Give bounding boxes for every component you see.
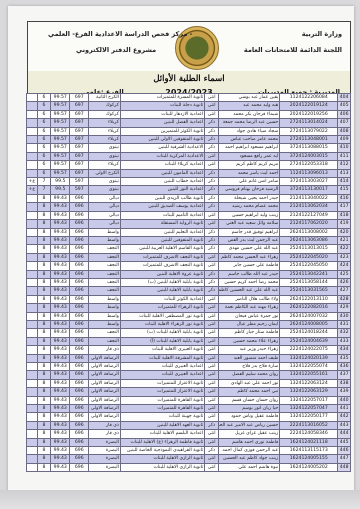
total-cell: 697 xyxy=(70,136,89,144)
gender-cell: انثى xyxy=(205,253,219,261)
total-cell: 697 xyxy=(70,102,89,110)
school-cell: اعدادية التأميم للبنات xyxy=(120,211,204,219)
exam-number-cell: 2624124008005 xyxy=(280,320,338,328)
exam-number-cell: 1624124005155 xyxy=(280,455,338,463)
directorate-cell: الرصافة الاولى xyxy=(89,396,121,404)
total-cell: 696 xyxy=(70,371,89,379)
total-cell: 696 xyxy=(70,363,89,371)
note-cell xyxy=(27,287,38,295)
student-name-cell: فاطمة نوري احمد هاشم xyxy=(219,438,280,446)
directorate-cell: النجف xyxy=(89,278,121,286)
average-cell: 99.43 xyxy=(51,211,70,219)
total-cell: 696 xyxy=(70,304,89,312)
average-cell: 99.43 xyxy=(51,203,70,211)
sequence-cell: 411 xyxy=(338,152,351,160)
table-row: 699.57697كربلاءاعدادية الفضل للبنينذكرحس… xyxy=(27,119,351,127)
total-cell: 696 xyxy=(70,430,89,438)
table-row: 899.43696الرصافة الاولىاعدادية العبيري ل… xyxy=(27,363,351,371)
gender-cell: ذكر xyxy=(205,245,219,253)
total-cell: 597 xyxy=(70,186,89,194)
rank-cell: 8 xyxy=(37,236,51,244)
gender-cell: انثى xyxy=(205,371,219,379)
rank-cell: 8 xyxy=(37,194,51,202)
note-cell xyxy=(27,421,38,429)
student-name-cell: سلامه وائل سعيد عبد الغني xyxy=(219,220,280,228)
school-cell: اعدادية البلسم الاهلية للبنات xyxy=(120,430,204,438)
gender-cell: انثى xyxy=(205,379,219,387)
rank-cell: 8 xyxy=(37,270,51,278)
sequence-cell: 441 xyxy=(338,405,351,413)
sequence-cell: 421 xyxy=(338,236,351,244)
school-cell: ثانوية طالب الزيدي للبنين xyxy=(120,194,204,202)
ministry-name: وزارة التربية xyxy=(302,30,342,38)
average-cell: 99.43 xyxy=(51,287,70,295)
table-row: 899.43696ديالىثانوية طالب الزيدي للبنينذ… xyxy=(27,194,351,202)
average-cell: 99.43 xyxy=(51,329,70,337)
total-cell: 696 xyxy=(70,438,89,446)
gender-cell: ذكر xyxy=(205,447,219,455)
sequence-cell: 448 xyxy=(338,463,351,471)
directorate-cell: البصرة xyxy=(89,455,121,463)
school-cell: ثانوية القاهرة للمتميزات xyxy=(120,405,204,413)
average-cell: 99.43 xyxy=(51,371,70,379)
directorate-cell: الرصافة الاولى xyxy=(89,388,121,396)
directorate-cell: ذي قار xyxy=(89,430,121,438)
exam-number-cell: 2024122019256 xyxy=(280,110,338,118)
note-cell xyxy=(27,245,38,253)
table-row: 899.43696واسطاعدادية التعليم للبنينذكراب… xyxy=(27,228,351,236)
document-page: وزارة التربية اللجنة الدائمة للامتحانات … xyxy=(8,6,354,498)
note-cell xyxy=(27,220,38,228)
note-cell xyxy=(27,329,38,337)
note-cell xyxy=(27,270,38,278)
rank-cell: 6 xyxy=(37,127,51,135)
rank-cell: 8 xyxy=(37,287,51,295)
exam-number-cell: 2524122045050 xyxy=(280,262,338,270)
rank-cell: 8 xyxy=(37,405,51,413)
school-cell: ثانوية القاهرة للمتميزات xyxy=(120,396,204,404)
exam-number-cell: 1324122055161 xyxy=(280,371,338,379)
school-cell: ثانوية الرازي الاهلية للبنات xyxy=(120,455,204,463)
rank-cell: 8 xyxy=(37,228,51,236)
sequence-cell: 404 xyxy=(338,94,351,102)
school-cell: اعدادية التعليم للبنين xyxy=(120,228,204,236)
total-cell: 696 xyxy=(70,463,89,471)
average-cell: 99.43 xyxy=(51,396,70,404)
exam-number-cell: 3724113130017 xyxy=(280,186,338,194)
student-name-cell: فاطمة ستار جبار كاظم xyxy=(219,329,280,337)
school-cell: ثانوية المسرة للمتميزات xyxy=(120,94,204,102)
school-cell: ثانوية المتفوقين للبنين xyxy=(120,236,204,244)
note-cell xyxy=(27,337,38,345)
school-cell: اعدادية يوسف الصديق للبنين xyxy=(120,203,204,211)
sequence-cell: 410 xyxy=(338,144,351,152)
total-cell: 696 xyxy=(70,396,89,404)
student-name-cell: حيا ريان انور بوسم xyxy=(219,405,280,413)
rank-cell: 8 xyxy=(37,337,51,345)
exam-number-cell: 2224124058346 xyxy=(280,430,338,438)
exam-number-cell: 2724113079022 xyxy=(280,127,338,135)
directorate-cell: كركوك xyxy=(89,102,121,110)
directorate-cell: كربلاء xyxy=(89,119,121,127)
table-row: 899.43696النجفثانوية النجف الاشرف للمتمي… xyxy=(27,262,351,270)
table-row: 899.43696الرصافة الاولىاعدادية العبيري ل… xyxy=(27,371,351,379)
note-cell xyxy=(27,119,38,127)
gender-cell: انثى xyxy=(205,363,219,371)
average-cell: 99.57 xyxy=(51,94,70,102)
school-cell: ثانوية نور الزهراء الاهلية للبنات xyxy=(120,320,204,328)
note-cell xyxy=(27,455,38,463)
gender-cell: انثى xyxy=(205,220,219,228)
note-cell xyxy=(27,236,38,244)
school-cell: ثانوية المتفوقين الاولى للبنين xyxy=(120,136,204,144)
total-cell: 697 xyxy=(70,127,89,135)
school-cell: ثانوية بابلية الاهلية للبنين xyxy=(120,287,204,295)
school-cell: الاعدادية الشرقية للبنين xyxy=(120,144,204,152)
average-cell: 99.43 xyxy=(51,320,70,328)
rank-cell: 8 xyxy=(37,354,51,362)
average-cell: 99.57 xyxy=(51,144,70,152)
rank-cell: 7 xyxy=(37,178,51,186)
table-row: 899.43696ديالىثانوية الرواية المستقلةانث… xyxy=(27,220,351,228)
sequence-cell: 414 xyxy=(338,178,351,186)
school-cell: ثانوية النجف الاشرف للمتميزات xyxy=(120,253,204,261)
directorate-cell: النجف xyxy=(89,262,121,270)
directorate-cell: نينوى xyxy=(89,186,121,194)
exam-number-cell: 2524122045020 xyxy=(280,253,338,261)
total-cell: 696 xyxy=(70,379,89,387)
directorate-cell: الكرخ الثانية xyxy=(89,94,121,102)
directorate-cell: الرصافة الاولى xyxy=(89,371,121,379)
school-cell: ثانوية عروة الاهلية للبنين xyxy=(120,270,204,278)
sequence-cell: 423 xyxy=(338,253,351,261)
table-row: 899.43696ديالىاعدادية يوسف الصديق للبنين… xyxy=(27,203,351,211)
note-cell xyxy=(27,405,38,413)
student-name-cell: سارة فلاح بدر فلاح xyxy=(219,363,280,371)
average-cell: 99.43 xyxy=(51,421,70,429)
table-row: 699.57697نينوىالاعدادية المركزية للبناتا… xyxy=(27,152,351,160)
note-cell xyxy=(27,169,38,177)
table-row: 899.43696الرصافة الاولىثانوية القاهرة لل… xyxy=(27,396,351,404)
student-name-cell: حسين عبد الرضا محمد جمعة xyxy=(219,119,280,127)
school-cell: ثانوية الفراهيدي النموذجية الخاصة للبنين xyxy=(120,447,204,455)
gender-cell: انثى xyxy=(205,463,219,471)
total-cell: 696 xyxy=(70,194,89,202)
note-cell xyxy=(27,430,38,438)
rank-cell: 8 xyxy=(37,396,51,404)
exam-number-cell: 2724122053318 xyxy=(280,161,338,169)
sequence-cell: 428 xyxy=(338,295,351,303)
exam-number-cell: 1324122055074 xyxy=(280,363,338,371)
rank-cell: 6 xyxy=(37,119,51,127)
note-cell xyxy=(27,102,38,110)
average-cell: 99.43 xyxy=(51,388,70,396)
school-cell: ثانوية العبيري الاهلية للبنات xyxy=(120,346,204,354)
average-cell: 99.57 xyxy=(51,110,70,118)
total-cell: 696 xyxy=(70,287,89,295)
background-surface xyxy=(0,490,360,509)
average-cell: 99.57 xyxy=(51,136,70,144)
center-name: - مركز فحص الدراسة الاعدادية الفرع- العل… xyxy=(48,30,192,38)
average-cell: 99.43 xyxy=(51,447,70,455)
average-cell: 99.57 xyxy=(51,161,70,169)
table-row: 899.43696النجفثانوية عروة الاهلية للبنين… xyxy=(27,270,351,278)
student-name-cell: ايمان رحيم مطر عيال xyxy=(219,320,280,328)
student-name-cell: عبد الرحمن فوزي كمال احمد xyxy=(219,447,280,455)
directorate-cell: النجف xyxy=(89,287,121,295)
gender-cell: ذكر xyxy=(205,136,219,144)
gender-cell: ذكر xyxy=(205,186,219,194)
school-cell: اعدادية الازدهار للبنات xyxy=(120,110,204,118)
note-cell: +ع xyxy=(27,186,38,194)
student-name-cell: عبد الله علي حسين مهدي xyxy=(219,245,280,253)
school-cell: اعدادية النور للبنين xyxy=(120,186,204,194)
directorate-cell: كربلاء xyxy=(89,161,121,169)
gender-cell: ذكر xyxy=(205,270,219,278)
exam-number-cell: 2524113042241 xyxy=(280,270,338,278)
student-name-cell: ابراهيم مسعود ابراهيم احمد xyxy=(219,144,280,152)
average-cell: 99.43 xyxy=(51,346,70,354)
gender-cell: ذكر xyxy=(205,228,219,236)
sequence-cell: 435 xyxy=(338,354,351,362)
gender-cell: ذكر xyxy=(205,203,219,211)
rank-cell: 8 xyxy=(37,447,51,455)
sequence-cell: 431 xyxy=(338,320,351,328)
page-title: اسماء الطلبة الأوائل xyxy=(28,74,350,84)
sequence-cell: 446 xyxy=(338,447,351,455)
school-cell: ثانوية جهينة للبنات xyxy=(120,413,204,421)
gender-cell: انثى xyxy=(205,152,219,160)
student-name-cell: ابراهيم توفيق قدر جاسم xyxy=(219,228,280,236)
exam-number-cell: 1324122063124 xyxy=(280,379,338,387)
exam-number-cell: 2624122082016 xyxy=(280,304,338,312)
rank-cell: 8 xyxy=(37,211,51,219)
gender-cell: انثى xyxy=(205,312,219,320)
directorate-cell: ديالى xyxy=(89,211,121,219)
sequence-cell: 438 xyxy=(338,379,351,387)
sequence-cell: 442 xyxy=(338,413,351,421)
rank-cell: 8 xyxy=(37,371,51,379)
total-cell: 696 xyxy=(70,228,89,236)
sequence-cell: 412 xyxy=(338,161,351,169)
table-row: 899.43696الرصافة الاولىثانوية الاعتزاز ل… xyxy=(27,388,351,396)
directorate-cell: واسط xyxy=(89,312,121,320)
average-cell: 99.43 xyxy=(51,253,70,261)
gender-cell: ذكر xyxy=(205,127,219,135)
note-cell xyxy=(27,371,38,379)
student-name-cell: نبي احمد محمد كاظم xyxy=(219,388,280,396)
gender-cell: انثى xyxy=(205,405,219,413)
gender-cell: انثى xyxy=(205,211,219,219)
table-row: 899.43696الرصافة الاولىثانوية القاهرة لل… xyxy=(27,405,351,413)
rank-cell: 6 xyxy=(37,102,51,110)
directorate-cell: البصرة xyxy=(89,438,121,446)
note-cell xyxy=(27,228,38,236)
average-cell: 99.43 xyxy=(51,354,70,362)
school-cell: ثانوية الزهراء للمتميزات xyxy=(120,304,204,312)
rank-cell: 8 xyxy=(37,421,51,429)
table-row: 699.57697كربلاءثانوية المتفوقين الاولى ل… xyxy=(27,136,351,144)
sequence-cell: 418 xyxy=(338,211,351,219)
table-row: 899.43696النجفثانوية بابلية الاهلية للبن… xyxy=(27,337,351,345)
project-name: مشروع الدفتر الالكتروني xyxy=(76,46,156,54)
note-cell xyxy=(27,447,38,455)
exam-number-cell: 2224113016052 xyxy=(280,421,338,429)
student-name-cell: مريم كريم كاظم كريم xyxy=(219,161,280,169)
gender-cell: انثى xyxy=(205,438,219,446)
exam-number-cell: 1624124005202 xyxy=(280,463,338,471)
table-row: 899.43696البصرةثانوية الفراهيدي النموذجي… xyxy=(27,447,351,455)
gender-cell: ذكر xyxy=(205,278,219,286)
student-name-cell: الرشيد فرحان بهنام فروسي xyxy=(219,186,280,194)
rank-cell: 6 xyxy=(37,136,51,144)
school-cell: اعدادية المأمون للبنين xyxy=(120,169,204,177)
student-name-cell: حيدر احمد يحيى شيخلة xyxy=(219,194,280,202)
student-name-cell: زهراء علاء محمد حسين xyxy=(219,337,280,345)
sequence-cell: 427 xyxy=(338,287,351,295)
average-cell: 99.43 xyxy=(51,379,70,387)
rank-cell: 8 xyxy=(37,363,51,371)
school-cell: ثانوية فاطمة الزهراء (ع) الاهلية للبنات xyxy=(120,438,204,446)
sequence-cell: 440 xyxy=(338,396,351,404)
total-cell: 697 xyxy=(70,94,89,102)
total-cell: 696 xyxy=(70,455,89,463)
table-row: 899.43696البصرةثانوية الرازي الاهلية للب… xyxy=(27,463,351,471)
table-row: 899.43696واسطاعدادية الكوثر للبناتانثىول… xyxy=(27,295,351,303)
rank-cell: 6 xyxy=(37,152,51,160)
table-row: 899.43696البصرةثانوية فاطمة الزهراء (ع) … xyxy=(27,438,351,446)
gender-cell: ذكر xyxy=(205,119,219,127)
note-cell xyxy=(27,161,38,169)
student-name-cell: نبوة هاشم احمد علي xyxy=(219,463,280,471)
student-name-cell: محمد عامر صاحب عباس xyxy=(219,136,280,144)
directorate-cell: النجف xyxy=(89,270,121,278)
rank-cell: 8 xyxy=(37,320,51,328)
sequence-cell: 406 xyxy=(338,110,351,118)
table-row: 899.43696الرصافة الاولىثانوية الاعتزاز ل… xyxy=(27,379,351,387)
directorate-cell: الرصافة الاولى xyxy=(89,379,121,387)
gender-cell: ذكر xyxy=(205,178,219,186)
school-cell: ثانوية بابلية الاهلية للبنات (ب) xyxy=(120,329,204,337)
gender-cell: انثى xyxy=(205,94,219,102)
note-cell xyxy=(27,253,38,261)
table-row: 899.43696النجفثانوية بابلية الاهلية للبن… xyxy=(27,278,351,286)
exam-number-cell: 2024122019124 xyxy=(280,102,338,110)
gender-cell: انثى xyxy=(205,161,219,169)
exam-number-cell: 1324122050177 xyxy=(280,413,338,421)
directorate-cell: الرصافة الاولى xyxy=(89,413,121,421)
student-name-cell: زينب جواد كاظم عبد الحسين xyxy=(219,455,280,463)
exam-number-cell: 2124113062034 xyxy=(280,203,338,211)
average-cell: 99.43 xyxy=(51,337,70,345)
total-cell: 696 xyxy=(70,413,89,421)
exam-number-cell: 2524113013015 xyxy=(280,245,338,253)
gender-cell: انثى xyxy=(205,320,219,328)
student-name-cell: فاطمة عقيل وناس حمود xyxy=(219,413,280,421)
table-row: 899.43696واسطثانوية المتفوقين للبنينذكرع… xyxy=(27,236,351,244)
directorate-cell: واسط xyxy=(89,320,121,328)
note-cell xyxy=(27,136,38,144)
directorate-cell: الرصافة الاولى xyxy=(89,363,121,371)
school-cell: ثانوية الرواية المستقلة xyxy=(120,220,204,228)
exam-number-cell: 2724113014024 xyxy=(280,119,338,127)
directorate-cell: واسط xyxy=(89,304,121,312)
sequence-cell: 436 xyxy=(338,363,351,371)
average-cell: 99.43 xyxy=(51,228,70,236)
table-row: 699.57697كركوكثانوية دجلة للبناتانثىهبه … xyxy=(27,102,351,110)
average-cell: 99.43 xyxy=(51,245,70,253)
exam-number-cell: 1124113096013 xyxy=(280,169,338,177)
note-cell xyxy=(27,438,38,446)
sequence-cell: 439 xyxy=(338,388,351,396)
directorate-cell: نينوى xyxy=(89,144,121,152)
sequence-cell: 408 xyxy=(338,127,351,135)
sequence-cell: 415 xyxy=(338,186,351,194)
committee-name: اللجنة الدائمة للامتحانات العامة xyxy=(244,46,342,54)
directorate-cell: واسط xyxy=(89,236,121,244)
note-cell xyxy=(27,152,38,160)
average-cell: 99.57 xyxy=(51,169,70,177)
school-cell: اعدادية العبيري للبنات xyxy=(120,363,204,371)
directorate-cell: كربلاء xyxy=(89,127,121,135)
school-cell: ثانوية العهد الاهلية للبنين xyxy=(120,421,204,429)
table-row: 899.43696الرصافة الاولىثانوية جهينة للبن… xyxy=(27,413,351,421)
student-name-cell: محمد عصام محمد رشيد xyxy=(219,203,280,211)
exam-number-cell: 2624124007032 xyxy=(280,312,338,320)
gender-cell: انثى xyxy=(205,102,219,110)
rank-cell: 6 xyxy=(37,110,51,118)
sequence-cell: 445 xyxy=(338,438,351,446)
student-name-cell: زينب وليد ابراهيم حسين xyxy=(219,211,280,219)
note-cell xyxy=(27,295,38,303)
exam-number-cell: 1124122206084 xyxy=(280,94,338,102)
student-name-cell: ولاء طالب هلال الناصر xyxy=(219,295,280,303)
rank-cell: 8 xyxy=(37,455,51,463)
sequence-cell: 422 xyxy=(338,245,351,253)
sequence-cell: 444 xyxy=(338,430,351,438)
students-table-body: 699.57697الكرخ الثانيةثانوية المسرة للمت… xyxy=(27,94,351,472)
total-cell: 696 xyxy=(70,329,89,337)
student-name-cell: هبه وليد محمد عبد xyxy=(219,102,280,110)
total-cell: 696 xyxy=(70,211,89,219)
note-cell xyxy=(27,363,38,371)
average-cell: 99.43 xyxy=(51,194,70,202)
school-cell: ثانوية الاعتزاز للمتميزات xyxy=(120,379,204,387)
table-row: 899.43696واسطثانوية نور الزهراء الاهلية … xyxy=(27,320,351,328)
average-cell: 99.43 xyxy=(51,363,70,371)
note-cell xyxy=(27,312,38,320)
note-cell xyxy=(27,354,38,362)
school-cell: ثانوية بابلية الاهلية للبنات (أ) xyxy=(120,337,204,345)
total-cell: 696 xyxy=(70,262,89,270)
school-cell: ثانوية المشرقة الاهلية للبنات xyxy=(120,354,204,362)
sequence-cell: 420 xyxy=(338,228,351,236)
table-row: 699.57697نينوىالاعدادية الشرقية للبنينذك… xyxy=(27,144,351,152)
exam-number-cell: 1324122063129 xyxy=(280,388,338,396)
total-cell: 697 xyxy=(70,161,89,169)
note-cell xyxy=(27,127,38,135)
sequence-cell: 417 xyxy=(338,203,351,211)
exam-number-cell: 2524124018244 xyxy=(280,329,338,337)
note-cell xyxy=(27,320,38,328)
average-cell: 99.5 xyxy=(51,178,70,186)
gender-cell: انثى xyxy=(205,304,219,312)
average-cell: 99.43 xyxy=(51,270,70,278)
school-cell: اعدادية كربلاء للبنات xyxy=(120,161,204,169)
sequence-cell: 405 xyxy=(338,102,351,110)
gender-cell: انثى xyxy=(205,262,219,270)
rank-cell: 6 xyxy=(37,169,51,177)
